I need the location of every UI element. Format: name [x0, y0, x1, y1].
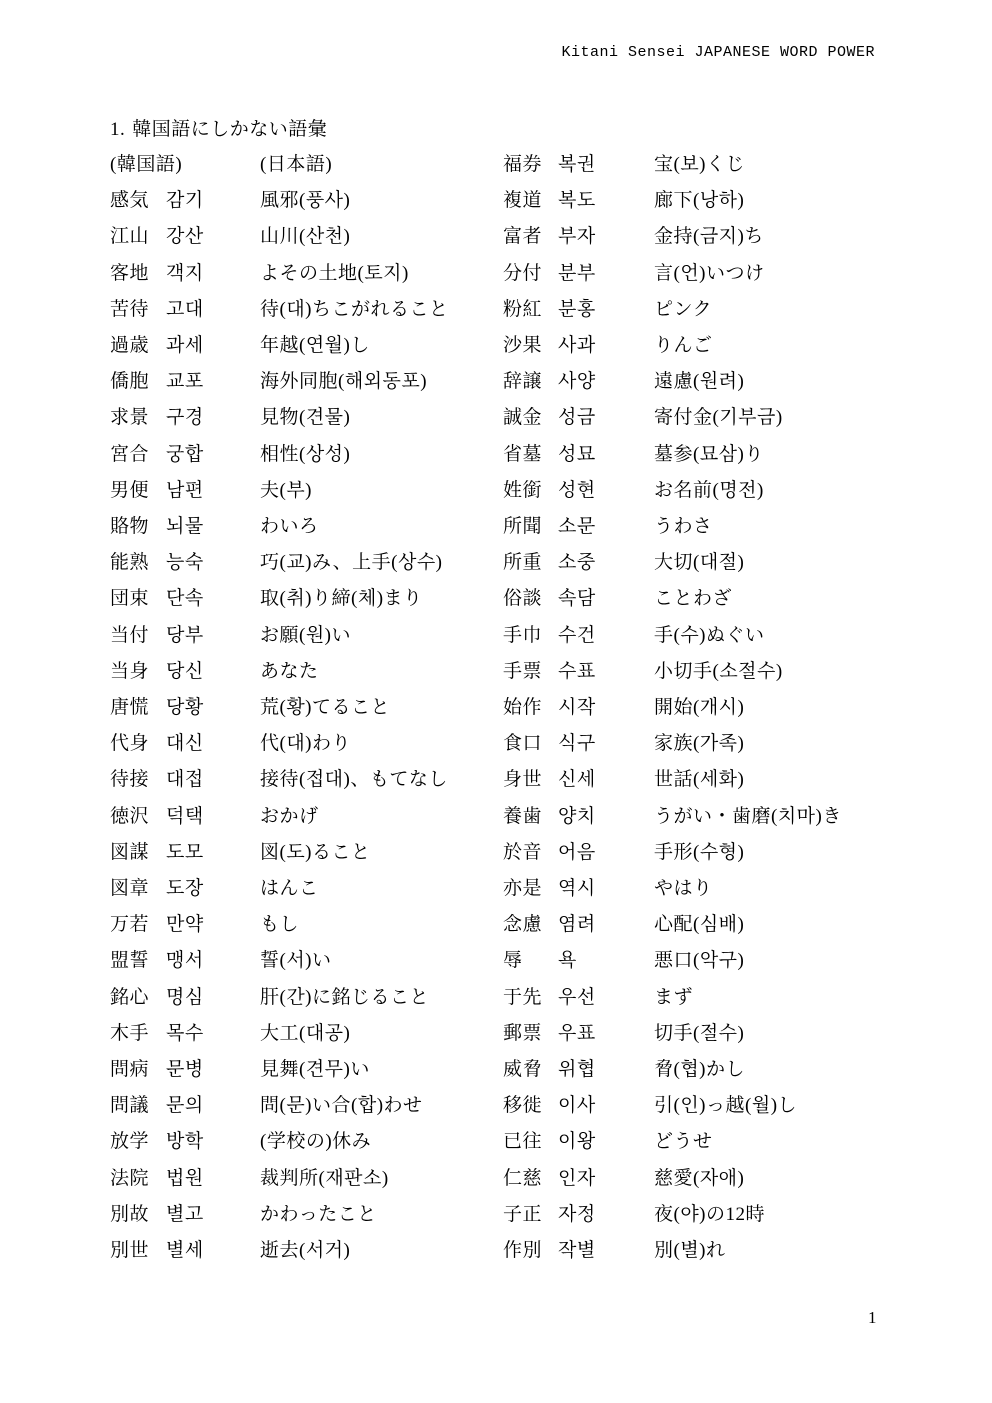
entry-hangul: 교포: [166, 363, 204, 400]
vocab-row: 団束단속取(취)り締(체)まり俗談속담ことわざ: [0, 580, 992, 617]
entry-hanja: 手票: [503, 653, 542, 690]
entry-meaning: うわさ: [654, 508, 713, 545]
entry-meaning: 問(문)い合(합)わせ: [260, 1087, 423, 1124]
entry-hangul: 당신: [166, 653, 204, 690]
vocab-row: 放学방학(学校の)休み已往이왕どうせ: [0, 1123, 992, 1160]
entry-meaning: わいろ: [260, 508, 319, 545]
entry-hangul: 위협: [558, 1051, 596, 1088]
entry-hanja: 盟誓: [110, 942, 149, 979]
vocab-row: 木手목수大工(대공)郵票우표切手(절수): [0, 1015, 992, 1052]
entry-hanja: 男便: [110, 472, 149, 509]
entry-hanja: 子正: [503, 1196, 542, 1233]
entry-hangul: 소문: [558, 508, 596, 545]
entry-hanja: 当身: [110, 653, 149, 690]
entry-hanja: 別故: [110, 1196, 149, 1233]
entry-meaning: 宝(보)くじ: [654, 146, 745, 183]
entry-hanja: 已往: [503, 1123, 542, 1160]
entry-hanja: 客地: [110, 255, 149, 292]
entry-meaning: 接待(접대)、もてなし: [260, 761, 448, 798]
entry-hanja: 徳沢: [110, 798, 149, 835]
entry-meaning: もし: [260, 906, 299, 943]
entry-hanja: 賂物: [110, 508, 149, 545]
entry-meaning: 風邪(풍사): [260, 182, 350, 219]
entry-meaning: 切手(절수): [654, 1015, 744, 1052]
entry-hangul: 염려: [558, 906, 596, 943]
entry-hangul: 성묘: [558, 436, 596, 473]
entry-hanja: 能熟: [110, 544, 149, 581]
entry-hangul: 별세: [166, 1232, 204, 1269]
entry-hangul: 우선: [558, 979, 596, 1016]
entry-meaning: 大切(대절): [654, 544, 744, 581]
entry-hangul: 목수: [166, 1015, 204, 1052]
vocab-row: 代身대신代(대)わり食口식구家族(가족): [0, 725, 992, 762]
vocab-row: 盟誓맹서誓(서)い辱욕悪口(악구): [0, 942, 992, 979]
column-header-korean: (韓国語): [110, 146, 182, 183]
entry-hanja: 問病: [110, 1051, 149, 1088]
entry-meaning: 山川(산천): [260, 218, 350, 255]
entry-meaning: 引(인)っ越(월)し: [654, 1087, 797, 1124]
entry-meaning: まず: [654, 979, 693, 1016]
entry-meaning: 慈愛(자애): [654, 1160, 744, 1197]
vocab-row: 図謀도모図(도)ること於音어음手形(수형): [0, 834, 992, 871]
entry-hangul: 능숙: [166, 544, 204, 581]
entry-hanja: 所重: [503, 544, 542, 581]
entry-hangul: 우표: [558, 1015, 596, 1052]
entry-hangul: 구경: [166, 399, 204, 436]
entry-hangul: 과세: [166, 327, 204, 364]
vocabulary-table: (韓国語)(日本語)福券복권宝(보)くじ感気감기風邪(풍사)複道복도廊下(낭하)…: [0, 0, 992, 1403]
entry-hanja: 威脅: [503, 1051, 542, 1088]
entry-hanja: 姓銜: [503, 472, 542, 509]
entry-meaning: 小切手(소절수): [654, 653, 783, 690]
entry-meaning: 待(대)ちこがれること: [260, 291, 449, 328]
entry-hangul: 이왕: [558, 1123, 596, 1160]
entry-meaning: どうせ: [654, 1123, 713, 1160]
entry-hanja: 銘心: [110, 979, 149, 1016]
entry-hangul: 대신: [166, 725, 204, 762]
entry-hangul: 강산: [166, 218, 204, 255]
entry-hanja: 食口: [503, 725, 542, 762]
entry-hanja: 於音: [503, 834, 542, 871]
entry-meaning: 海外同胞(해외동포): [260, 363, 427, 400]
entry-hanja: 感気: [110, 182, 149, 219]
entry-hanja: 放学: [110, 1123, 149, 1160]
entry-hangul: 시작: [558, 689, 596, 726]
entry-hangul: 고대: [166, 291, 204, 328]
entry-meaning: 肝(간)に銘じること: [260, 979, 429, 1016]
entry-hangul: 맹서: [166, 942, 204, 979]
entry-hanja: 万若: [110, 906, 149, 943]
entry-hangul: 성금: [558, 399, 596, 436]
entry-hanja: 始作: [503, 689, 542, 726]
vocab-row: 男便남편夫(부)姓銜성현お名前(명전): [0, 472, 992, 509]
entry-hanja: 代身: [110, 725, 149, 762]
entry-meaning: 悪口(악구): [654, 942, 744, 979]
vocab-row: 能熟능숙巧(교)み、上手(상수)所重소중大切(대절): [0, 544, 992, 581]
entry-hanja: 粉紅: [503, 291, 542, 328]
entry-hanja: 当付: [110, 617, 149, 654]
entry-hangul: 덕택: [166, 798, 204, 835]
entry-hangul: 도장: [166, 870, 204, 907]
entry-hangul: 수건: [558, 617, 596, 654]
entry-meaning: 言(언)いつけ: [654, 255, 765, 292]
vocab-row: 僑胞교포海外同胞(해외동포)辞譲사양遠慮(원려): [0, 363, 992, 400]
entry-meaning: 手(수)ぬぐい: [654, 617, 765, 654]
entry-hangul: 양치: [558, 798, 596, 835]
vocab-row: 賂物뇌물わいろ所聞소문うわさ: [0, 508, 992, 545]
entry-hanja: 江山: [110, 218, 149, 255]
column-header-japanese: (日本語): [260, 146, 332, 183]
entry-meaning: お名前(명전): [654, 472, 764, 509]
vocab-row: 問議문의問(문)い合(합)わせ移徙이사引(인)っ越(월)し: [0, 1087, 992, 1124]
entry-hangul: 어음: [558, 834, 596, 871]
entry-hanja: 身世: [503, 761, 542, 798]
vocab-row: 徳沢덕택おかげ養歯양치うがい・歯磨(치마)き: [0, 798, 992, 835]
entry-meaning: あなた: [260, 653, 319, 690]
entry-hangul: 신세: [558, 761, 596, 798]
entry-hanja: 辞譲: [503, 363, 542, 400]
entry-hangul: 뇌물: [166, 508, 204, 545]
entry-meaning: 廊下(낭하): [654, 182, 744, 219]
entry-hanja: 苦待: [110, 291, 149, 328]
entry-hanja: 福券: [503, 146, 542, 183]
entry-hangul: 단속: [166, 580, 204, 617]
entry-meaning: 取(취)り締(체)まり: [260, 580, 423, 617]
entry-hangul: 당부: [166, 617, 204, 654]
vocab-row: 客地객지よその土地(토지)分付분부言(언)いつけ: [0, 255, 992, 292]
entry-hangul: 만약: [166, 906, 204, 943]
entry-meaning: うがい・歯磨(치마)き: [654, 798, 842, 835]
vocab-row: 唐慌당황荒(황)てること始作시작開始(개시): [0, 689, 992, 726]
entry-meaning: 別(별)れ: [654, 1232, 726, 1269]
entry-hangul: 문의: [166, 1087, 204, 1124]
entry-meaning: ピンク: [654, 291, 712, 328]
vocab-row: 待接대접接待(접대)、もてなし身世신세世話(세화): [0, 761, 992, 798]
entry-hangul: 인자: [558, 1160, 596, 1197]
entry-hanja: 沙果: [503, 327, 542, 364]
entry-meaning: 脅(협)かし: [654, 1051, 745, 1088]
entry-meaning: 見物(견물): [260, 399, 350, 436]
entry-hangul: 객지: [166, 255, 204, 292]
entry-hangul: 속담: [558, 580, 596, 617]
entry-hangul: 자정: [558, 1196, 596, 1233]
vocab-row: 宮合궁합相性(상성)省墓성묘墓参(묘삼)り: [0, 436, 992, 473]
entry-meaning: 相性(상성): [260, 436, 350, 473]
entry-hangul: 도모: [166, 834, 204, 871]
vocab-row: 別故별고かわったこと子正자정夜(야)の12時: [0, 1196, 992, 1233]
entry-hanja: 于先: [503, 979, 542, 1016]
entry-hangul: 부자: [558, 218, 596, 255]
entry-hanja: 団束: [110, 580, 149, 617]
vocab-row: 苦待고대待(대)ちこがれること粉紅분홍ピンク: [0, 291, 992, 328]
vocab-row: 図章도장はんこ亦是역시やはり: [0, 870, 992, 907]
entry-meaning: 寄付金(기부금): [654, 399, 783, 436]
entry-hangul: 분홍: [558, 291, 596, 328]
entry-meaning: 夫(부): [260, 472, 312, 509]
entry-meaning: 家族(가족): [654, 725, 744, 762]
vocab-row: 感気감기風邪(풍사)複道복도廊下(낭하): [0, 182, 992, 219]
entry-hanja: 別世: [110, 1232, 149, 1269]
entry-hangul: 욕: [558, 942, 577, 979]
entry-meaning: 遠慮(원려): [654, 363, 744, 400]
entry-meaning: 図(도)ること: [260, 834, 371, 871]
entry-hangul: 성현: [558, 472, 596, 509]
entry-meaning: やはり: [654, 870, 713, 907]
entry-hanja: 法院: [110, 1160, 149, 1197]
entry-hanja: 図謀: [110, 834, 149, 871]
entry-hangul: 문병: [166, 1051, 204, 1088]
entry-meaning: 裁判所(재판소): [260, 1160, 389, 1197]
entry-meaning: (学校の)休み: [260, 1123, 371, 1160]
entry-meaning: 年越(연월)し: [260, 327, 370, 364]
vocab-row: 法院법원裁判所(재판소)仁慈인자慈愛(자애): [0, 1160, 992, 1197]
entry-meaning: 誓(서)い: [260, 942, 332, 979]
vocab-row: 過歳과세年越(연월)し沙果사과りんご: [0, 327, 992, 364]
entry-hanja: 過歳: [110, 327, 149, 364]
entry-hanja: 亦是: [503, 870, 542, 907]
entry-hanja: 木手: [110, 1015, 149, 1052]
entry-hangul: 이사: [558, 1087, 596, 1124]
page-number: 1: [868, 1308, 877, 1328]
entry-meaning: おかげ: [260, 798, 319, 835]
entry-hangul: 식구: [558, 725, 596, 762]
vocab-row: 江山강산山川(산천)富者부자金持(금지)ち: [0, 218, 992, 255]
entry-hangul: 궁합: [166, 436, 204, 473]
entry-hanja: 富者: [503, 218, 542, 255]
entry-hanja: 求景: [110, 399, 149, 436]
entry-hangul: 감기: [166, 182, 204, 219]
entry-hangul: 사양: [558, 363, 596, 400]
vocab-row: 当付당부お願(원)い手巾수건手(수)ぬぐい: [0, 617, 992, 654]
entry-hangul: 역시: [558, 870, 596, 907]
vocab-row: 万若만약もし念慮염려心配(심배): [0, 906, 992, 943]
entry-meaning: お願(원)い: [260, 617, 351, 654]
entry-hangul: 소중: [558, 544, 596, 581]
entry-hanja: 図章: [110, 870, 149, 907]
entry-hangul: 분부: [558, 255, 596, 292]
entry-hangul: 당황: [166, 689, 204, 726]
entry-hanja: 作別: [503, 1232, 542, 1269]
entry-hanja: 複道: [503, 182, 542, 219]
vocab-row: 当身당신あなた手票수표小切手(소절수): [0, 653, 992, 690]
entry-hangul: 별고: [166, 1196, 204, 1233]
vocab-row: 銘心명심肝(간)に銘じること于先우선まず: [0, 979, 992, 1016]
entry-hangul: 법원: [166, 1160, 204, 1197]
entry-hanja: 待接: [110, 761, 149, 798]
entry-hangul: 방학: [166, 1123, 204, 1160]
entry-hanja: 辱: [503, 942, 523, 979]
entry-meaning: 心配(심배): [654, 906, 744, 943]
entry-hanja: 誠金: [503, 399, 542, 436]
entry-hanja: 唐慌: [110, 689, 149, 726]
entry-meaning: 手形(수형): [654, 834, 744, 871]
entry-hangul: 수표: [558, 653, 596, 690]
entry-hanja: 養歯: [503, 798, 542, 835]
entry-meaning: はんこ: [260, 870, 319, 907]
entry-meaning: 墓参(묘삼)り: [654, 436, 764, 473]
entry-hanja: 省墓: [503, 436, 542, 473]
entry-meaning: 世話(세화): [654, 761, 744, 798]
vocab-row: 求景구경見物(견물)誠金성금寄付金(기부금): [0, 399, 992, 436]
entry-hanja: 俗談: [503, 580, 542, 617]
entry-meaning: 開始(개시): [654, 689, 744, 726]
entry-hanja: 移徙: [503, 1087, 542, 1124]
entry-hanja: 僑胞: [110, 363, 149, 400]
entry-hangul: 명심: [166, 979, 204, 1016]
entry-hanja: 念慮: [503, 906, 542, 943]
entry-hanja: 宮合: [110, 436, 149, 473]
vocab-row: (韓国語)(日本語)福券복권宝(보)くじ: [0, 146, 992, 183]
entry-meaning: 金持(금지)ち: [654, 218, 764, 255]
entry-meaning: 逝去(서거): [260, 1232, 350, 1269]
entry-hangul: 작별: [558, 1232, 596, 1269]
entry-meaning: 荒(황)てること: [260, 689, 390, 726]
entry-hanja: 仁慈: [503, 1160, 542, 1197]
vocab-row: 別世별세逝去(서거)作別작별別(별)れ: [0, 1232, 992, 1269]
entry-hanja: 問議: [110, 1087, 149, 1124]
entry-hangul: 남편: [166, 472, 204, 509]
entry-hanja: 手巾: [503, 617, 542, 654]
entry-meaning: よその土地(토지): [260, 255, 409, 292]
vocab-row: 問病문병見舞(견무)い威脅위협脅(협)かし: [0, 1051, 992, 1088]
entry-meaning: 夜(야)の12時: [654, 1196, 765, 1233]
entry-meaning: かわったこと: [260, 1196, 377, 1233]
entry-meaning: 巧(교)み、上手(상수): [260, 544, 443, 581]
entry-hangul: 대접: [166, 761, 204, 798]
entry-hangul: 복권: [558, 146, 596, 183]
entry-hanja: 所聞: [503, 508, 542, 545]
document-page: Kitani Sensei JAPANESE WORD POWER 1.韓国語に…: [0, 0, 992, 1403]
entry-meaning: りんご: [654, 327, 713, 364]
entry-hangul: 사과: [558, 327, 596, 364]
entry-meaning: 見舞(견무)い: [260, 1051, 370, 1088]
entry-hangul: 복도: [558, 182, 596, 219]
entry-hanja: 郵票: [503, 1015, 542, 1052]
entry-hanja: 分付: [503, 255, 542, 292]
entry-meaning: 代(대)わり: [260, 725, 351, 762]
entry-meaning: ことわざ: [654, 580, 732, 617]
entry-meaning: 大工(대공): [260, 1015, 350, 1052]
